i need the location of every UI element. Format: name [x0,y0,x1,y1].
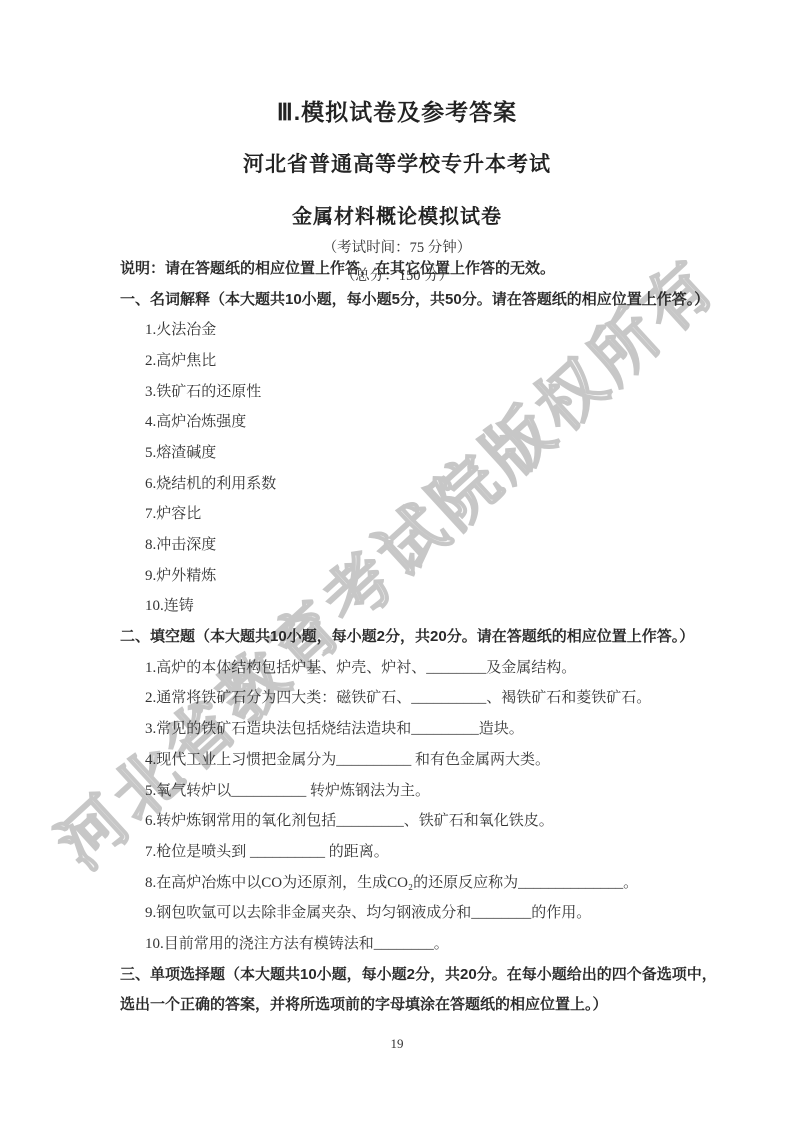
question-item: 4.现代工业上习惯把金属分为__________ 和有色金属两大类。 [120,743,680,774]
question-item: 9.钢包吹氩可以去除非金属夹杂、均匀钢液成分和________的作用。 [120,896,680,927]
question-item: 2.高炉焦比 [120,344,680,375]
section-1-heading: 一、名词解释（本大题共10小题，每小题5分，共50分。请在答题纸的相应位置上作答… [120,283,680,314]
paper-name-title: 金属材料概论模拟试卷 [0,200,794,229]
question-item: 9.炉外精炼 [120,559,680,590]
question-item: 5.熔渣碱度 [120,436,680,467]
question-item: 1.火法冶金 [120,313,680,344]
question-item: 6.烧结机的利用系数 [120,467,680,498]
exam-name-title: 河北省普通高等学校专升本考试 [0,148,794,178]
question-item: 5.氧气转炉以__________ 转炉炼钢法为主。 [120,774,680,805]
question-item: 4.高炉冶炼强度 [120,405,680,436]
question-item: 8.在高炉冶炼中以CO为还原剂，生成CO₂的还原反应称为____________… [120,866,680,897]
question-item: 3.铁矿石的还原性 [120,375,680,406]
question-item: 10.连铸 [120,590,680,621]
question-item: 3.常见的铁矿石造块法包括烧结法造块和_________造块。 [120,712,680,743]
section-2-heading: 二、填空题（本大题共10小题，每小题2分，共20分。请在答题纸的相应位置上作答。… [120,620,680,651]
question-item: 7.枪位是喷头到 __________ 的距离。 [120,835,680,866]
question-item: 6.转炉炼钢常用的氧化剂包括_________、铁矿石和氧化铁皮。 [120,804,680,835]
question-item: 10.目前常用的浇注方法有模铸法和________。 [120,927,680,958]
question-item: 1.高炉的本体结构包括炉基、炉壳、炉衬、________及金属结构。 [120,651,680,682]
paper-header: Ⅲ.模拟试卷及参考答案 河北省普通高等学校专升本考试 金属材料概论模拟试卷 （考… [0,0,794,285]
section-roman-title: Ⅲ.模拟试卷及参考答案 [0,94,794,127]
section-3-heading-continued: 选出一个正确的答案，并将所选项前的字母填涂在答题纸的相应位置上。） [120,989,680,1020]
paper-body: 说明：请在答题纸的相应位置上作答，在其它位置上作答的无效。 一、名词解释（本大题… [120,252,680,1019]
exam-paper-page: 河北省教育考试院版权所有 Ⅲ.模拟试卷及参考答案 河北省普通高等学校专升本考试 … [0,0,794,1123]
section-3-heading: 三、单项选择题（本大题共10小题，每小题2分，共20分。在每小题给出的四个备选项… [120,958,680,989]
instructions-line: 说明：请在答题纸的相应位置上作答，在其它位置上作答的无效。 [120,252,680,283]
page-number: 19 [0,1036,794,1052]
question-item: 8.冲击深度 [120,528,680,559]
question-item: 2.通常将铁矿石分为四大类：磁铁矿石、__________、褐铁矿石和菱铁矿石。 [120,682,680,713]
question-item: 7.炉容比 [120,498,680,529]
